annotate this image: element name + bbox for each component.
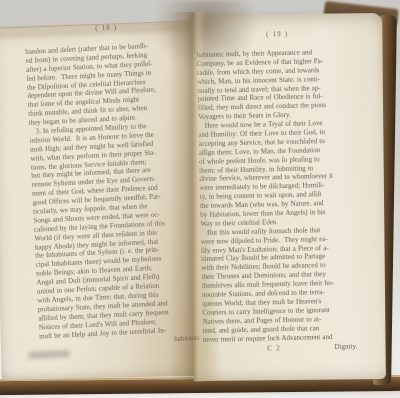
- right-page-text: ( 19 ) habitants; muſt, by their Appeara…: [196, 26, 365, 356]
- right-page-number: ( 19 ): [196, 28, 358, 41]
- book-gutter: [168, 12, 220, 382]
- right-page-catchword: Dignity.: [334, 343, 357, 352]
- photo-of-open-book: ( 18 ) bandon and deſert (rather that to…: [0, 0, 400, 398]
- right-page-body: habitants; muſt, by their Appearance and…: [196, 47, 365, 344]
- signature-mark: C 2: [267, 345, 281, 353]
